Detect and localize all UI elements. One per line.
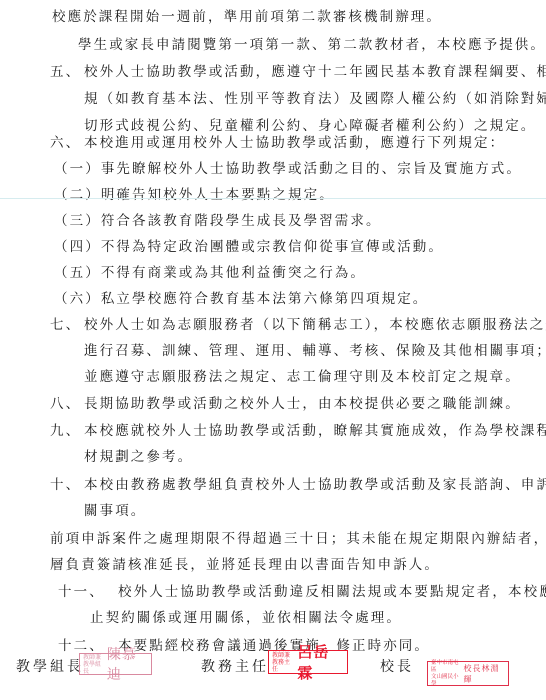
section-number: 九、 (50, 422, 84, 440)
sub-item-3: （三）符合各該教育階段學生成長及學習需求。 (54, 212, 382, 230)
stamp-name: 陳慕迪 (107, 644, 148, 684)
sub-item-number: （二） (54, 186, 101, 204)
sub-item-number: （五） (54, 264, 101, 282)
line-text: 學生或家長申請閱覽第一項第一款、第二款教材者，本校應予提供。 (78, 37, 546, 53)
stamp-title-line: 教務主任 (272, 659, 295, 673)
text-line: 層負責簽請核准延長，並將延長理由以書面告知申訴人。 (50, 556, 440, 574)
stamp-title-line: 教師兼 (83, 654, 105, 661)
text-line: 止契約關係或運用關係，並依相關法令處理。 (90, 609, 402, 627)
line-text: 本校由教務處教學組負責校外人士協助教學或活動及家長諮詢、申訴之相 (84, 477, 546, 493)
sub-item-number: （六） (54, 290, 101, 308)
line-text: 並應遵守志願服務法之規定、志工倫理守則及本校訂定之規章。 (84, 369, 521, 385)
sub-item-number: （一） (54, 160, 101, 178)
stamp-title-line: 臺中市南屯區 (431, 660, 461, 674)
sub-item-number: （四） (54, 238, 101, 256)
sub-item-4: （四）不得為特定政治團體或宗教信仰從事宣傳或活動。 (54, 238, 444, 256)
stamp-title-line: 教學組長 (83, 661, 105, 675)
text-line: 校應於課程開始一週前，準用前項第二款審核機制辦理。 (52, 8, 442, 26)
section-number: 七、 (50, 316, 84, 334)
line-text: 進行召募、訓練、管理、運用、輔導、考核、保險及其他相關事項；志工 (84, 343, 546, 359)
line-text: 不得有商業或為其他利益衝突之行為。 (101, 265, 366, 281)
stamp-name: 呂岳霖 (297, 641, 344, 683)
text-line: 規（如教育基本法、性別平等教育法）及國際人權公約（如消除對婦女一 (84, 90, 546, 108)
line-text: 切形式歧視公約、兒童權利公約、身心障礙者權利公約）之規定。 (84, 118, 536, 134)
sub-item-6: （六）私立學校應符合教育基本法第六條第四項規定。 (54, 290, 428, 308)
text-line: 材規劃之參考。 (84, 448, 193, 466)
sub-item-5: （五）不得有商業或為其他利益衝突之行為。 (54, 264, 366, 282)
line-text: 校外人士協助教學或活動違反相關法規或本要點規定者，本校應終 (118, 584, 546, 600)
principal-label: 校長 (380, 656, 414, 676)
section-ten: 十、本校由教務處教學組負責校外人士協助教學或活動及家長諮詢、申訴之相 (50, 476, 546, 494)
line-text: 私立學校應符合教育基本法第六條第四項規定。 (101, 291, 429, 307)
teaching-leader-label: 教學組長 (16, 656, 84, 676)
line-text: 本校應就校外人士協助教學或活動，瞭解其實施成效，作為學校課程及教 (84, 423, 546, 439)
text-line: 學生或家長申請閱覽第一項第一款、第二款教材者，本校應予提供。 (78, 36, 546, 54)
academic-director-label: 教務主任 (201, 656, 269, 676)
section-number: 五、 (50, 63, 84, 81)
stamp-title: 教師兼 教務主任 (272, 652, 295, 673)
stamp-title-line: 教師兼 (272, 652, 295, 659)
section-six-row: 六、本校進用或運用校外人士協助教學或活動，應遵行下列規定： (50, 134, 505, 152)
section-eight: 八、長期協助教學或活動之校外人士，由本校提供必要之職能訓練。 (50, 395, 521, 413)
section-five: 五、校外人士協助教學或活動，應遵守十二年國民基本教育課程綱要、相關法 (50, 63, 546, 81)
line-text: 層負責簽請核准延長，並將延長理由以書面告知申訴人。 (50, 557, 440, 573)
line-text: 校應於課程開始一週前，準用前項第二款審核機制辦理。 (52, 9, 442, 25)
section-number: 十一、 (58, 583, 118, 601)
line-text: 材規劃之參考。 (84, 449, 193, 465)
text-line: 進行召募、訓練、管理、運用、輔導、考核、保險及其他相關事項；志工 (84, 342, 546, 360)
sub-item-2: （二）明確告知校外人士本要點之規定。 (54, 186, 335, 204)
scan-artifact-line (0, 198, 546, 199)
section-seven: 七、校外人士如為志願服務者（以下簡稱志工），本校應依志願服務法之規定， (50, 316, 546, 334)
academic-director-stamp: 教師兼 教務主任 呂岳霖 (268, 650, 348, 674)
line-text: 明確告知校外人士本要點之規定。 (101, 187, 335, 203)
text-line: 前項申訴案件之處理期限不得超過三十日；其未能在規定期限內辦結者，應依分 (50, 530, 546, 548)
line-text: 校外人士協助教學或活動，應遵守十二年國民基本教育課程綱要、相關法 (84, 64, 546, 80)
line-text: 止契約關係或運用關係，並依相關法令處理。 (90, 610, 402, 626)
line-text: 事先瞭解校外人士協助教學或活動之目的、宗旨及實施方式。 (101, 161, 522, 177)
section-eleven: 十一、校外人士協助教學或活動違反相關法規或本要點規定者，本校應終 (58, 583, 546, 601)
line-text: 符合各該教育階段學生成長及學習需求。 (101, 213, 382, 229)
line-text: 不得為特定政治團體或宗教信仰從事宣傳或活動。 (101, 239, 444, 255)
line-text: 校外人士如為志願服務者（以下簡稱志工），本校應依志願服務法之規定， (84, 317, 546, 333)
stamp-title: 臺中市南屯區 文山國民小學 (431, 660, 461, 688)
text-line: 切形式歧視公約、兒童權利公約、身心障礙者權利公約）之規定。 (84, 117, 536, 135)
stamp-name: 校長林淵輝 (463, 663, 505, 685)
stamp-title-line: 文山國民小學 (431, 674, 461, 688)
teaching-leader-stamp: 教師兼 教學組長 陳慕迪 (79, 653, 152, 675)
text-line: 關事項。 (84, 502, 146, 520)
principal-stamp: 臺中市南屯區 文山國民小學 校長林淵輝 (427, 661, 509, 686)
section-number: 六、 (50, 134, 84, 152)
sub-item-number: （三） (54, 212, 101, 230)
sub-item-1: （一）事先瞭解校外人士協助教學或活動之目的、宗旨及實施方式。 (54, 160, 522, 178)
line-text: 關事項。 (84, 503, 146, 519)
section-nine: 九、本校應就校外人士協助教學或活動，瞭解其實施成效，作為學校課程及教 (50, 422, 546, 440)
text-line: 並應遵守志願服務法之規定、志工倫理守則及本校訂定之規章。 (84, 368, 521, 386)
section-number: 八、 (50, 395, 84, 413)
line-text: 本校進用或運用校外人士協助教學或活動，應遵行下列規定： (84, 135, 505, 151)
section-number: 十、 (50, 476, 84, 494)
line-text: 長期協助教學或活動之校外人士，由本校提供必要之職能訓練。 (84, 396, 521, 412)
line-text: 前項申訴案件之處理期限不得超過三十日；其未能在規定期限內辦結者，應依分 (50, 531, 546, 547)
line-text: 規（如教育基本法、性別平等教育法）及國際人權公約（如消除對婦女一 (84, 91, 546, 107)
stamp-title: 教師兼 教學組長 (83, 654, 105, 675)
